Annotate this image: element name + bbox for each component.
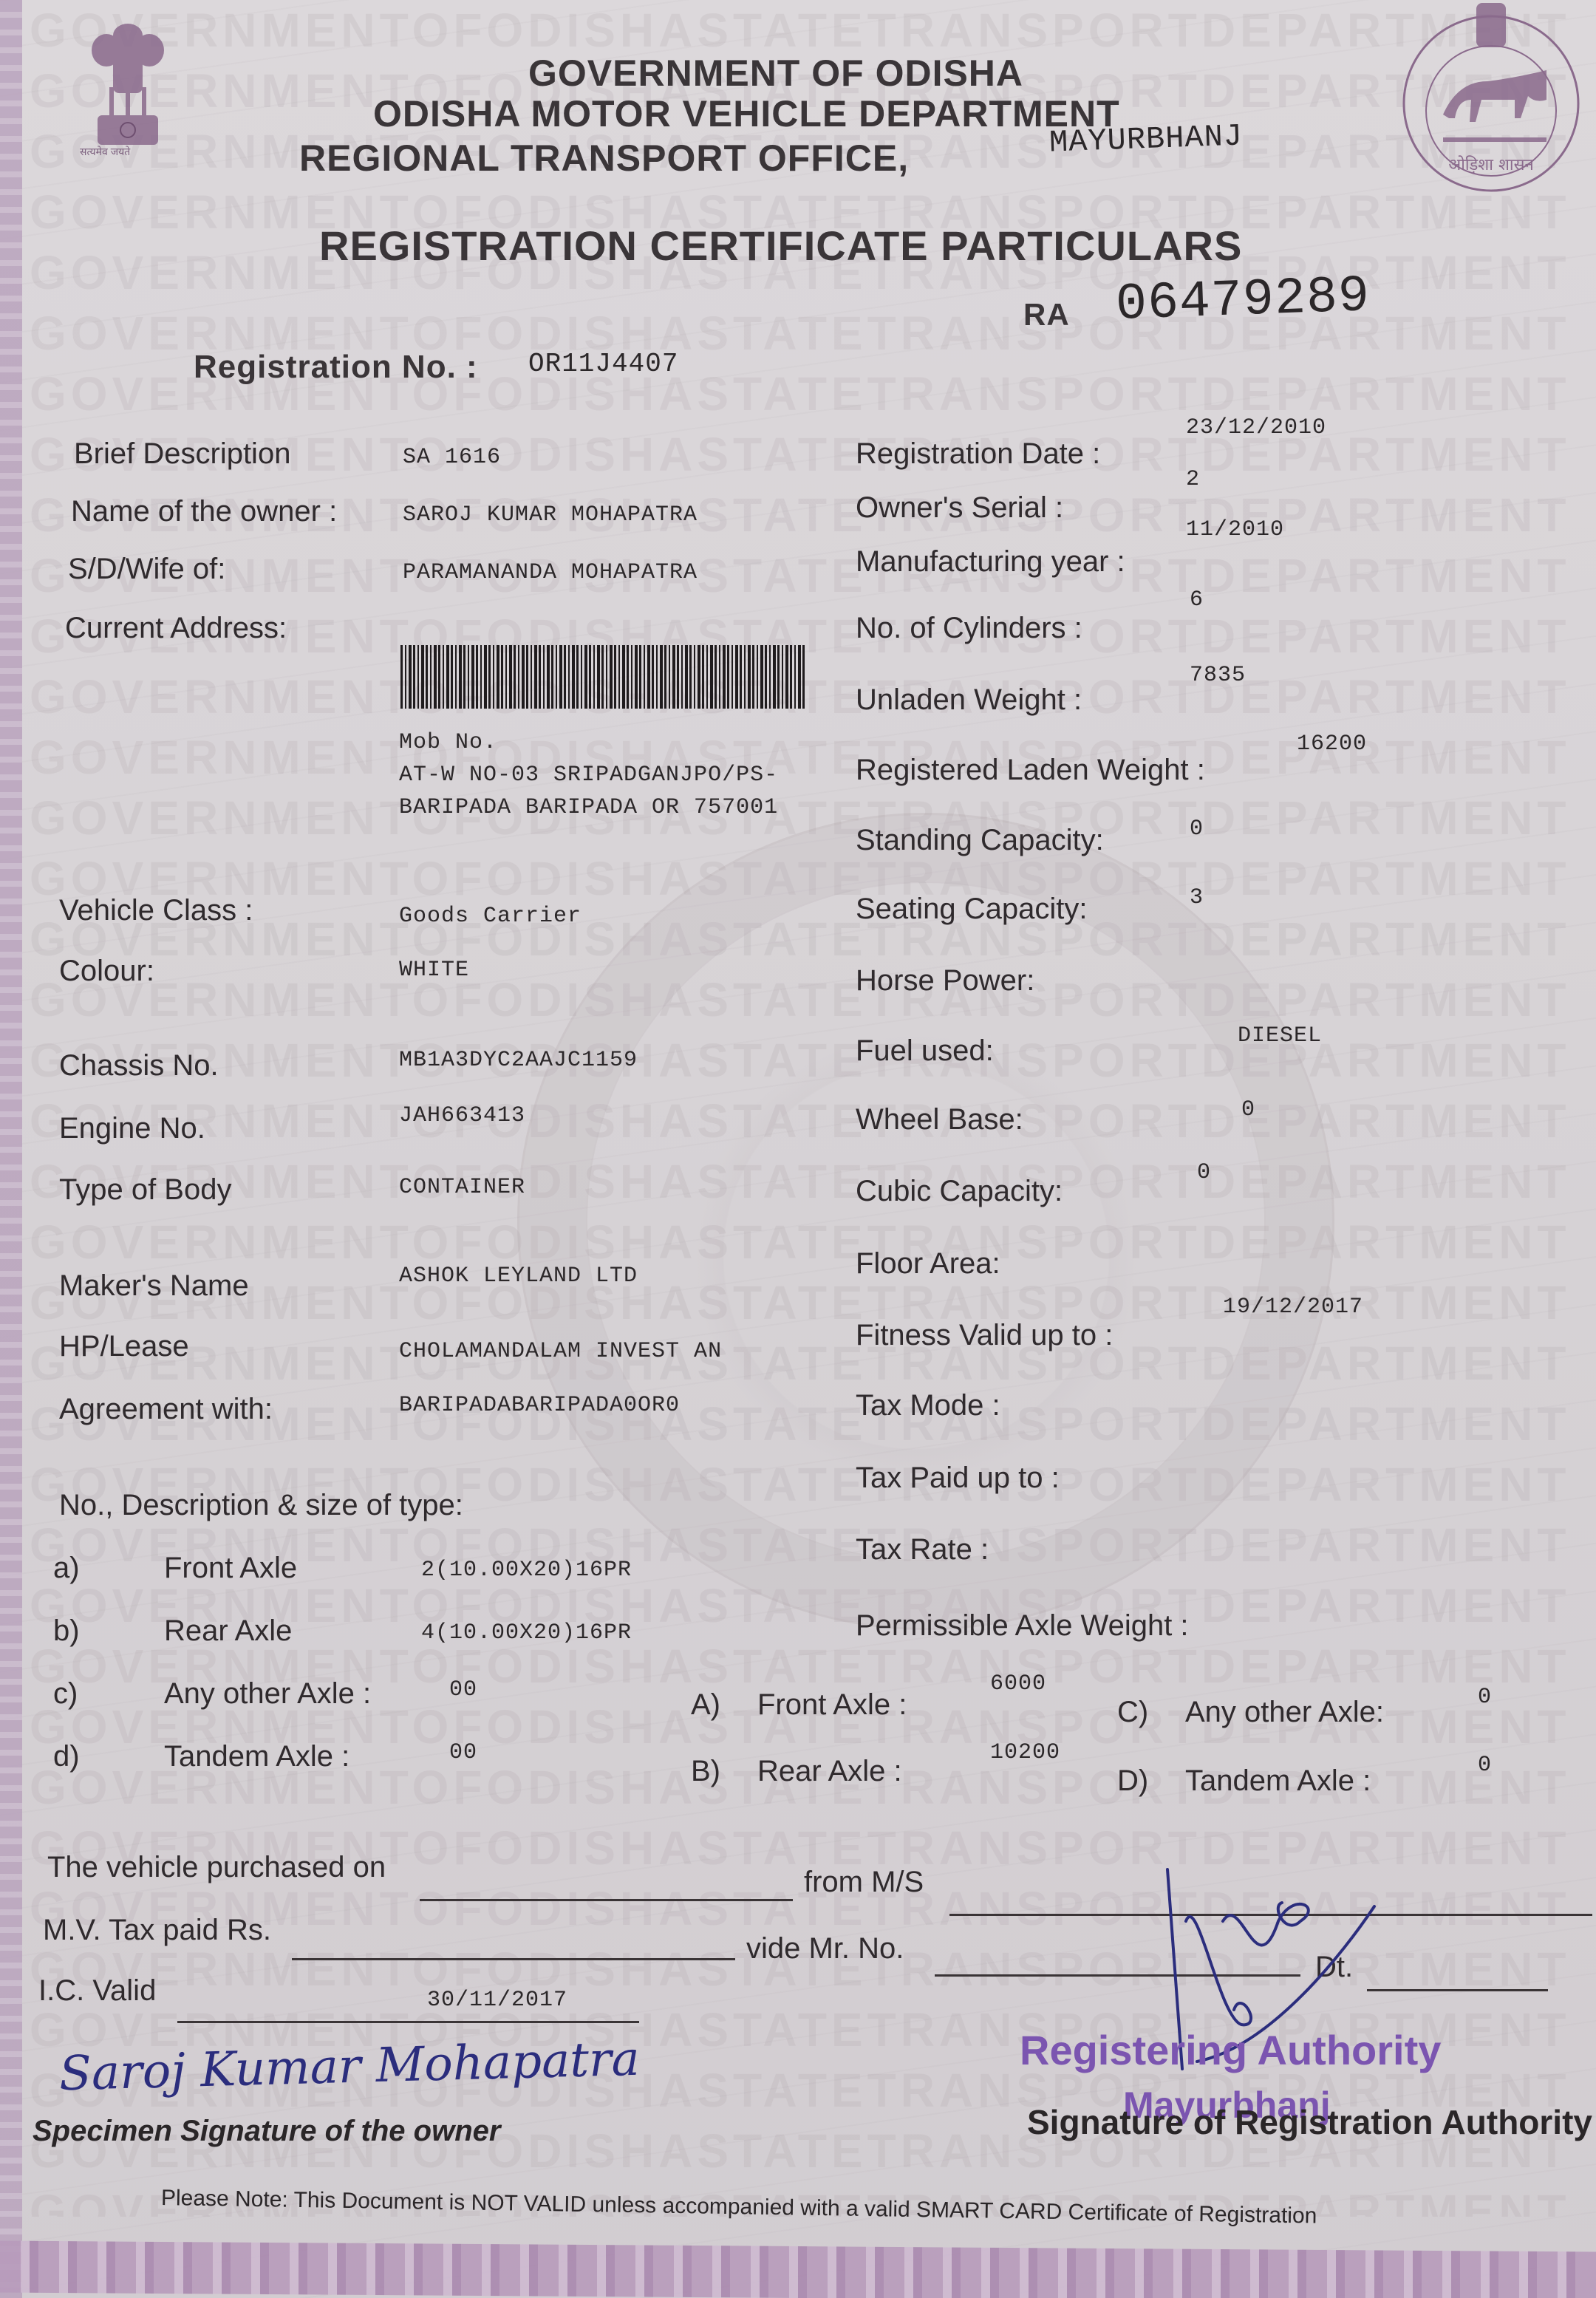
tax-paid-line [292, 1958, 735, 1960]
odisha-seal-icon: ओड़िशा शासन [1388, 0, 1595, 200]
department-heading: ODISHA MOTOR VEHICLE DEPARTMENT [373, 92, 1120, 135]
ra-prefix: RA [1023, 297, 1070, 333]
axle-key: D) [1117, 1765, 1148, 1798]
address-line-1: AT-W NO-03 SRIPADGANJPO/PS- [399, 763, 778, 788]
tax-paid-label: M.V. Tax paid Rs. [43, 1914, 271, 1947]
field-label: Registration Date : [856, 437, 1100, 471]
field-value: SAROJ KUMAR MOHAPATRA [403, 502, 698, 528]
field-value: 19/12/2017 [1223, 1295, 1363, 1320]
axle-label: Rear Axle : [757, 1755, 902, 1788]
field-label: S/D/Wife of: [68, 553, 225, 586]
field-label: Type of Body [59, 1173, 231, 1207]
tyre-value: 00 [449, 1677, 477, 1702]
field-value: 6 [1190, 587, 1204, 613]
field-label: Fuel used: [856, 1034, 994, 1068]
field-label: Brief Description [74, 437, 290, 471]
field-label: Cubic Capacity: [856, 1175, 1063, 1208]
field-value: Goods Carrier [399, 904, 582, 929]
government-heading: GOVERNMENT OF ODISHA [528, 52, 1023, 95]
certificate-title: REGISTRATION CERTIFICATE PARTICULARS [319, 222, 1242, 270]
purchased-on-line [420, 1899, 793, 1901]
ic-valid-label: I.C. Valid [38, 1974, 156, 2008]
authority-signature-caption: Signature of Registration Authority [1027, 2102, 1592, 2142]
vide-mr-label: vide Mr. No. [746, 1932, 904, 1965]
axle-key: A) [691, 1688, 720, 1722]
field-value: ASHOK LEYLAND LTD [399, 1264, 638, 1289]
field-label: Manufacturing year : [856, 545, 1125, 579]
field-label: Wheel Base: [856, 1103, 1023, 1136]
tyre-label: Tandem Axle : [164, 1740, 349, 1773]
field-value: 3 [1190, 885, 1204, 910]
field-label: Vehicle Class : [59, 894, 253, 927]
office-heading: REGIONAL TRANSPORT OFFICE, [299, 137, 909, 180]
address-line-2: BARIPADA BARIPADA OR 757001 [399, 795, 778, 820]
ic-valid-line [177, 2021, 639, 2023]
axle-label: Any other Axle: [1185, 1696, 1384, 1729]
field-label: Engine No. [59, 1112, 205, 1145]
left-security-band [0, 0, 22, 2298]
field-value: JAH663413 [399, 1103, 525, 1128]
field-value: SA 1616 [403, 445, 501, 470]
field-label: Name of the owner : [71, 495, 337, 528]
field-label: Permissible Axle Weight : [856, 1609, 1189, 1643]
tyre-label: Any other Axle : [164, 1677, 371, 1711]
field-label: Chassis No. [59, 1049, 219, 1082]
field-value: 11/2010 [1186, 517, 1284, 542]
tyre-heading: No., Description & size of type: [59, 1489, 463, 1522]
ra-number: 06479289 [1115, 267, 1371, 335]
purchased-on-label: The vehicle purchased on [47, 1851, 386, 1884]
field-value: MB1A3DYC2AAJC1159 [399, 1048, 638, 1073]
owner-signature-caption: Specimen Signature of the owner [33, 2115, 500, 2148]
field-label: Unladen Weight : [856, 683, 1082, 717]
field-label: Tax Rate : [856, 1533, 989, 1566]
axle-key: B) [691, 1755, 720, 1788]
axle-key: C) [1117, 1696, 1148, 1729]
barcode [400, 645, 805, 709]
field-value: WHITE [399, 958, 469, 983]
axle-weight-value: 0 [1478, 1685, 1492, 1710]
axle-weight-value: 10200 [990, 1740, 1060, 1765]
tyre-key: a) [53, 1552, 80, 1585]
field-label: Standing Capacity: [856, 824, 1104, 857]
national-emblem-icon: सत्यमेव जयते [80, 13, 176, 161]
field-label: Agreement with: [59, 1393, 273, 1426]
field-value: 0 [1197, 1160, 1211, 1185]
field-value: CHOLAMANDALAM INVEST AN [399, 1339, 722, 1364]
tyre-key: d) [53, 1740, 80, 1773]
field-value: 0 [1190, 816, 1204, 842]
tyre-label: Front Axle [164, 1552, 297, 1585]
field-value: 16200 [1297, 732, 1367, 757]
field-label: Tax Paid up to : [856, 1462, 1060, 1495]
tyre-label: Rear Axle [164, 1615, 292, 1648]
registration-no-value: OR11J4407 [528, 349, 678, 379]
field-label: Tax Mode : [856, 1389, 1000, 1422]
svg-text:ओड़िशा शासन: ओड़िशा शासन [1448, 155, 1534, 174]
office-location: MAYURBHANJ [1048, 118, 1244, 160]
axle-label: Tandem Axle : [1185, 1765, 1371, 1798]
field-label: Fitness Valid up to : [856, 1319, 1113, 1352]
field-value: CONTAINER [399, 1175, 525, 1200]
field-label: HP/Lease [59, 1330, 189, 1363]
registering-authority-stamp: Registering Authority [1020, 2026, 1441, 2074]
tyre-key: b) [53, 1615, 80, 1648]
ic-valid-value: 30/11/2017 [427, 1988, 567, 2013]
tyre-value: 00 [449, 1740, 477, 1765]
field-label: Maker's Name [59, 1269, 249, 1303]
field-label: Horse Power: [856, 964, 1034, 998]
axle-weight-value: 0 [1478, 1753, 1492, 1778]
field-label: Registered Laden Weight : [856, 754, 1205, 787]
field-label: Owner's Serial : [856, 491, 1063, 525]
field-value: 0 [1241, 1097, 1255, 1122]
field-value: PARAMANANDA MOHAPATRA [403, 560, 698, 585]
field-label: No. of Cylinders : [856, 612, 1082, 645]
emblem-motto: सत्यमेव जयते [80, 145, 130, 159]
field-value: DIESEL [1238, 1023, 1322, 1049]
tyre-key: c) [53, 1677, 78, 1711]
axle-label: Front Axle : [757, 1688, 907, 1722]
tyre-value: 2(10.00X20)16PR [421, 1558, 632, 1583]
field-value: 7835 [1190, 663, 1246, 688]
field-label: Current Address: [65, 612, 287, 645]
field-value: BARIPADABARIPADA0OR0 [399, 1393, 680, 1418]
registration-no-label: Registration No. : [194, 349, 478, 386]
from-ms-label: from M/S [804, 1866, 924, 1899]
tyre-value: 4(10.00X20)16PR [421, 1620, 632, 1646]
field-label: Colour: [59, 955, 154, 988]
field-label: Seating Capacity: [856, 893, 1088, 926]
field-label: Floor Area: [856, 1247, 1000, 1281]
field-value: 23/12/2010 [1186, 415, 1326, 440]
axle-weight-value: 6000 [990, 1671, 1046, 1697]
mob-no-label: Mob No. [399, 730, 497, 755]
field-value: 2 [1186, 467, 1200, 492]
